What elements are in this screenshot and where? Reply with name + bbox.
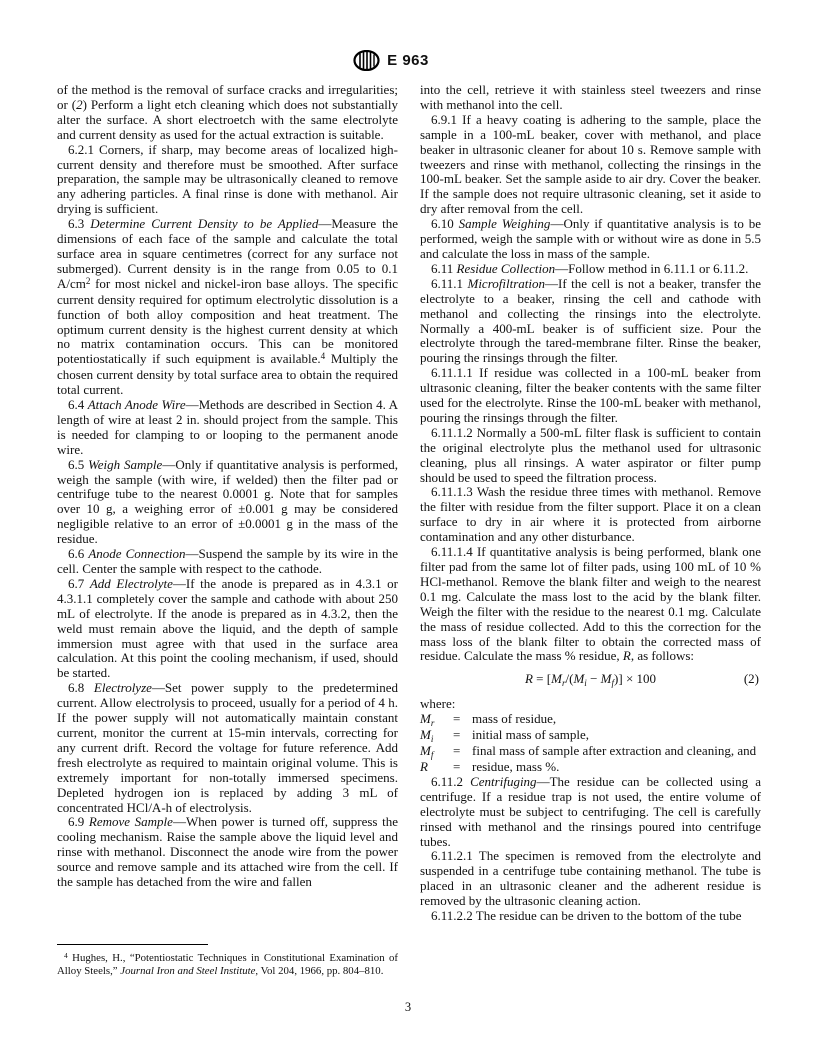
equation-formula: R = [Mr/(Mi − Mf)] × 100 — [525, 671, 656, 686]
page-number: 3 — [0, 1000, 816, 1015]
paragraph: 6.10 Sample Weighing—Only if quantitativ… — [420, 217, 761, 262]
paragraph: 6.4 Attach Anode Wire—Methods are descri… — [57, 398, 398, 458]
paragraph: into the cell, retrieve it with stainles… — [420, 83, 761, 113]
equation-number: (2) — [744, 671, 759, 686]
where-row: Mf = final mass of sample after extracti… — [420, 744, 761, 760]
paragraph: 6.3 Determine Current Density to be Appl… — [57, 217, 398, 398]
variable-definition: initial mass of sample, — [472, 728, 761, 744]
paragraph: 6.8 Electrolyze—Set power supply to the … — [57, 681, 398, 815]
equals-sign: = — [453, 760, 472, 775]
paragraph: of the method is the removal of surface … — [57, 83, 398, 143]
paragraph: 6.11.2.1 The specimen is removed from th… — [420, 849, 761, 909]
footnote-separator — [57, 944, 208, 945]
paragraph: 6.11.1.3 Wash the residue three times wi… — [420, 485, 761, 545]
paragraph: 6.9.1 If a heavy coating is adhering to … — [420, 113, 761, 217]
footnote: 4 Hughes, H., “Potentiostatic Techniques… — [57, 944, 398, 978]
paragraph: 6.6 Anode Connection—Suspend the sample … — [57, 547, 398, 577]
variable-definition: residue, mass %. — [472, 760, 761, 775]
variable-symbol: Mr — [420, 712, 453, 728]
equals-sign: = — [453, 744, 472, 760]
footnote-text: 4 Hughes, H., “Potentiostatic Techniques… — [57, 952, 398, 978]
paragraph: 6.7 Add Electrolyte—If the anode is prep… — [57, 577, 398, 681]
right-column-bottom: 6.11.2 Centrifuging—The residue can be c… — [420, 775, 761, 924]
paragraph: 6.11.1.1 If residue was collected in a 1… — [420, 366, 761, 426]
paragraph: 6.11 Residue Collection—Follow method in… — [420, 262, 761, 277]
where-row: R = residue, mass %. — [420, 760, 761, 775]
equals-sign: = — [453, 728, 472, 744]
variable-symbol: Mf — [420, 744, 453, 760]
paragraph: 6.9 Remove Sample—When power is turned o… — [57, 815, 398, 890]
paragraph: 6.2.1 Corners, if sharp, may become area… — [57, 143, 398, 218]
variable-definition: final mass of sample after extraction an… — [472, 744, 761, 760]
where-block: where: Mr = mass of residue, Mi = initia… — [420, 697, 761, 775]
page-header: E 963 — [0, 50, 799, 71]
equation: R = [Mr/(Mi − Mf)] × 100 (2) — [420, 671, 761, 688]
paragraph: 6.5 Weigh Sample—Only if quantitative an… — [57, 458, 398, 547]
equals-sign: = — [453, 712, 472, 728]
where-row: Mi = initial mass of sample, — [420, 728, 761, 744]
right-column-top: into the cell, retrieve it with stainles… — [420, 83, 761, 664]
left-column: of the method is the removal of surface … — [57, 83, 398, 924]
where-label: where: — [420, 697, 761, 712]
variable-definition: mass of residue, — [472, 712, 761, 728]
document-page: E 963 of the method is the removal of su… — [0, 0, 816, 1056]
paragraph: 6.11.1.2 Normally a 500-mL filter flask … — [420, 426, 761, 486]
paragraph: 6.11.2.2 The residue can be driven to th… — [420, 909, 761, 924]
paragraph: 6.11.2 Centrifuging—The residue can be c… — [420, 775, 761, 850]
variable-symbol: Mi — [420, 728, 453, 744]
standard-number: E 963 — [387, 52, 429, 69]
paragraph: 6.11.1.4 If quantitative analysis is bei… — [420, 545, 761, 664]
variable-symbol: R — [420, 760, 453, 775]
right-column: into the cell, retrieve it with stainles… — [420, 83, 761, 924]
two-column-body: of the method is the removal of surface … — [57, 83, 761, 924]
paragraph: 6.11.1 Microfiltration—If the cell is no… — [420, 277, 761, 366]
astm-logo-icon — [353, 50, 380, 71]
where-row: Mr = mass of residue, — [420, 712, 761, 728]
